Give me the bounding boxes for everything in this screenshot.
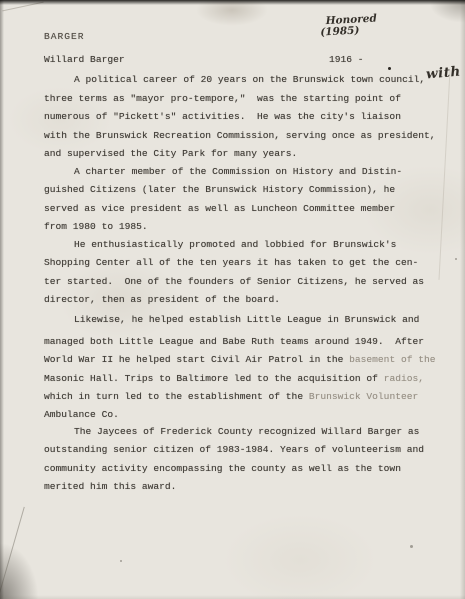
paragraph-4-seg6-faded: Brunswick Volunteer [309,391,418,402]
surname-header: BARGER [44,28,464,46]
paragraph-4-seg5: which in turn led to the establishment o… [44,391,309,402]
paragraph-2: A charter member of the Commission on Hi… [44,163,464,236]
handwritten-annotation: Honored (1985) [319,14,377,39]
crease-mark [0,507,25,599]
paragraph-4-body: managed both Little League and Babe Ruth… [44,333,464,424]
paper-speck [455,258,457,260]
birth-year: 1916 - [329,51,409,69]
person-name: Willard Barger [44,51,244,69]
paper-speck [410,545,413,548]
paragraph-4-seg3: Masonic Hall. Trips to Baltimore led to … [44,373,384,384]
paragraph-4-seg7: Ambulance Co. [44,409,119,420]
paper-speck [120,560,122,562]
paragraph-4-first-line: Likewise, he helped establish Little Lea… [44,311,464,329]
stray-ink-dot [388,67,391,70]
paragraph-1-first-line: A political career of 20 years on the Br… [44,71,464,89]
scanned-document-page: BARGER Honored (1985) Willard Barger 191… [0,0,465,599]
handwritten-insert-with: with [425,64,461,83]
paragraph-1-body: three terms as "mayor pro-tempore," was … [44,90,464,163]
crease-mark [2,2,43,12]
paragraph-3: He enthusiastically promoted and lobbied… [44,236,464,309]
paper-speck [302,116,304,118]
paragraph-4-seg2-faded: basement of the [349,354,435,365]
paragraph-5: The Jaycees of Frederick County recogniz… [44,423,464,496]
paragraph-4-seg4-faded: radios, [384,373,424,384]
